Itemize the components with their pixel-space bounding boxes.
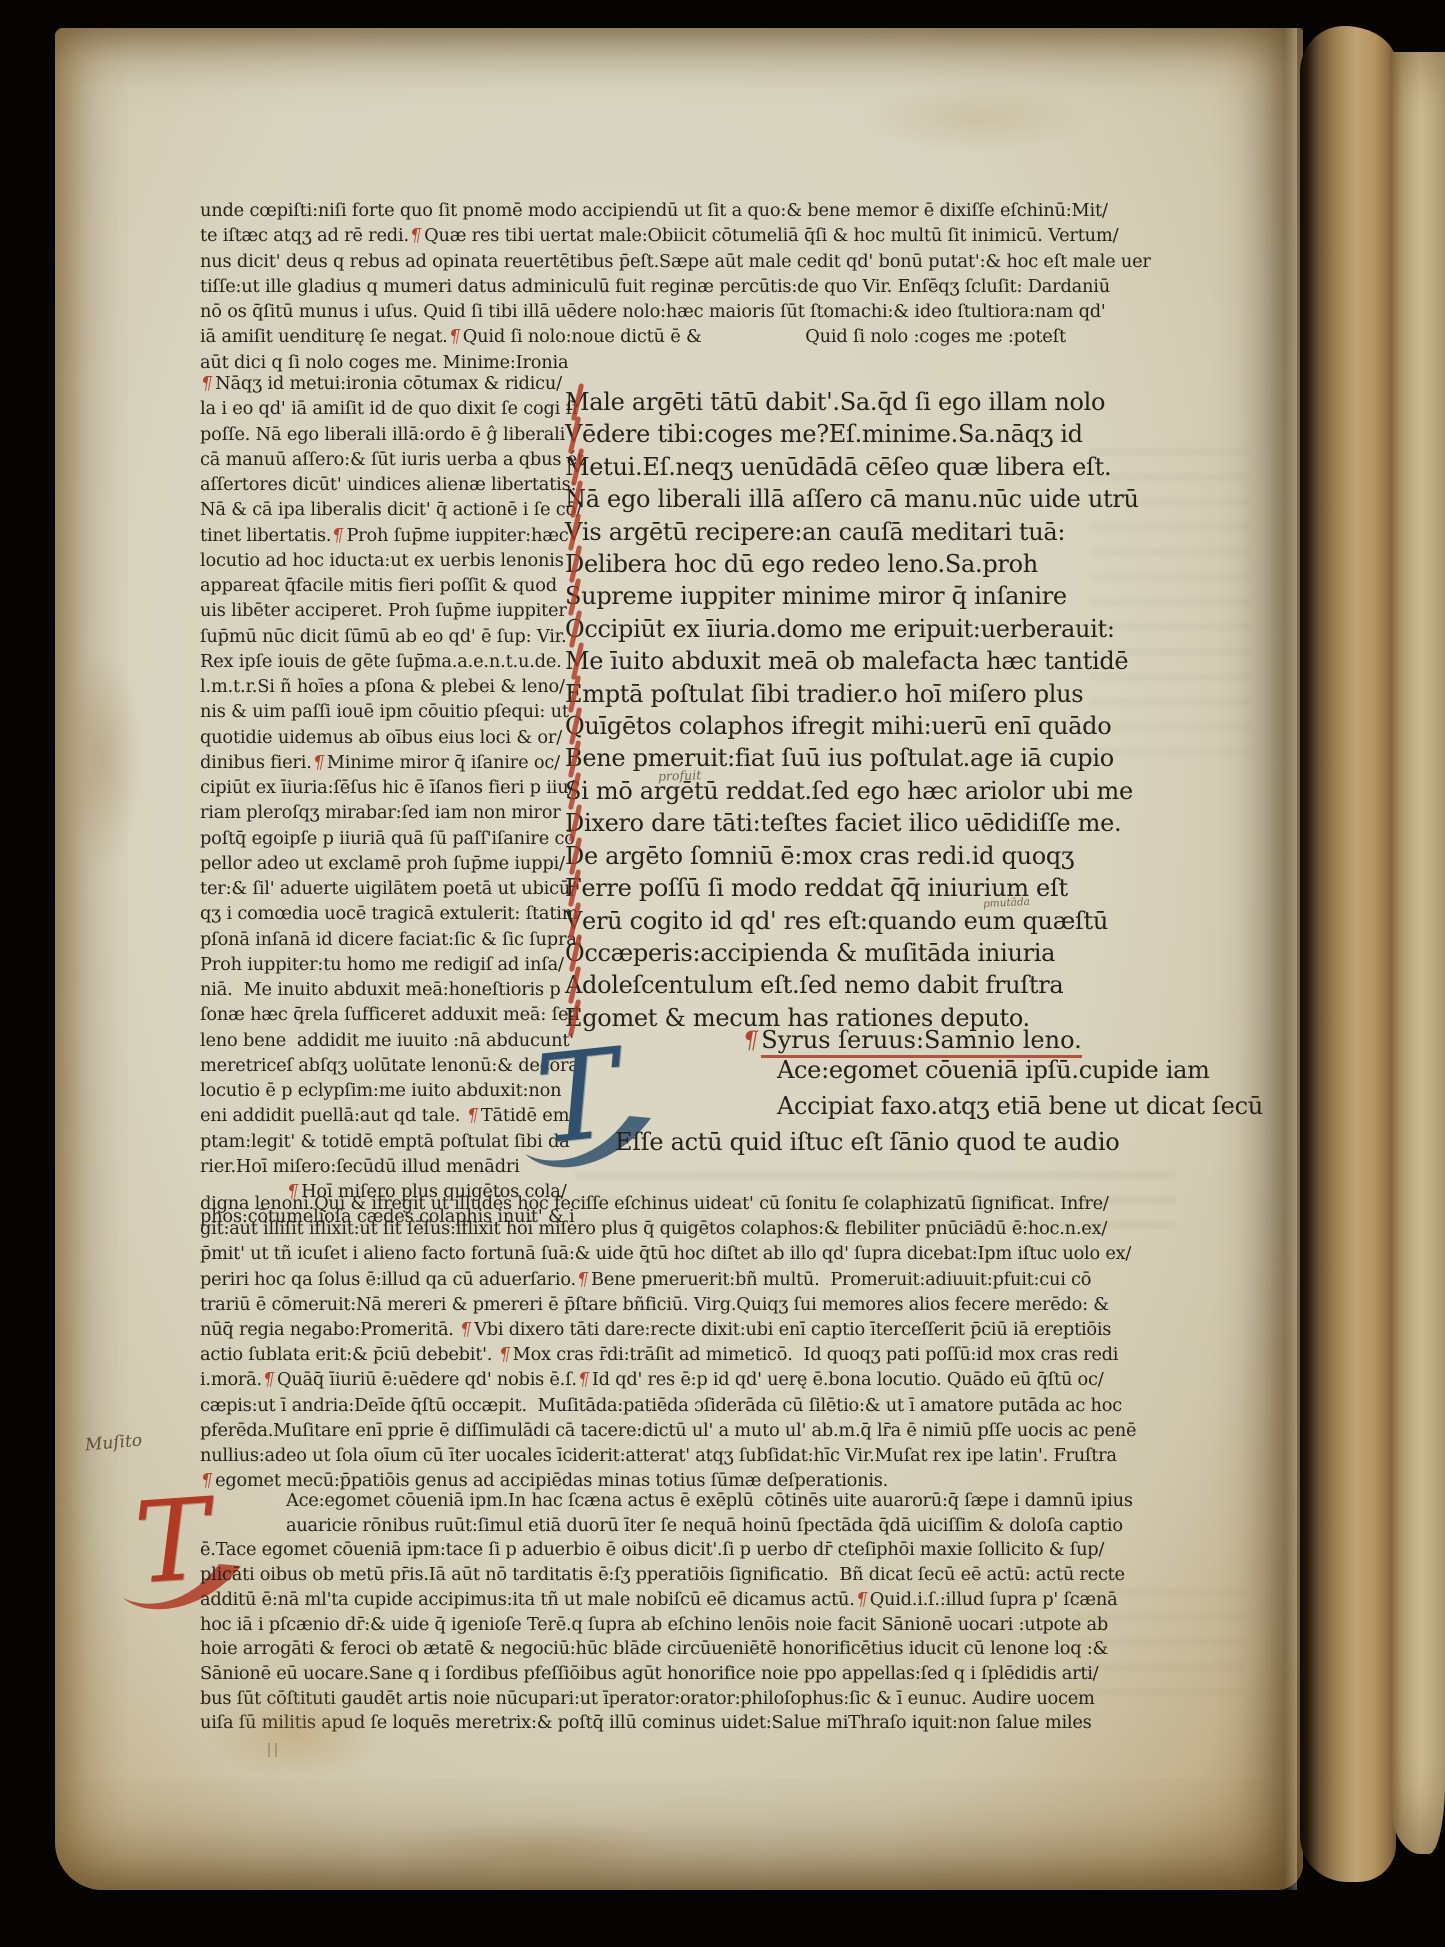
text-line: Eſſe actū quid iſtuc eſt ſānio quod te a…	[565, 1124, 1263, 1160]
rubricated-versal: D	[565, 548, 584, 580]
capitulum-mark-icon: ¶	[576, 1367, 592, 1392]
rubricated-versal: N	[565, 483, 586, 515]
text-line: Ferre poſſū ſi modo reddat q̄q̄ iniurium…	[565, 872, 1139, 904]
text-line: De argēto ſomniū ē:mox cras redi.id quoq…	[565, 840, 1139, 872]
text-line: hoc iā i pſcænio dr̄:& uide q̄ igenioſe …	[200, 1613, 1133, 1638]
text-line: ter:& ſil' aduerte uigilātem poetā ut ub…	[200, 876, 584, 901]
bleedthrough-smudge	[1090, 448, 1250, 768]
rubricated-versal: M	[565, 386, 589, 418]
capitulum-mark-icon: ¶	[458, 1317, 474, 1342]
handwritten-margin-note: Muſito	[84, 1431, 143, 1456]
text-line: cā manuū aſſero:& ſūt iuris uerba a qbus…	[200, 447, 584, 472]
rubricated-versal: S	[565, 775, 581, 807]
text-line: nullius:adeo ut ſola oīum cū īter uocale…	[200, 1443, 1136, 1468]
text-line: Metui.Eſ.neqʒ uenūdādā cēſeo quæ libera …	[565, 451, 1139, 483]
text-line: Proh iuppiter:tu homo me redigiſ ad inſa…	[200, 952, 584, 977]
text-line: Vēdere tibi:coges me?Eſ.minime.Sa.nāqʒ i…	[565, 418, 1139, 450]
text-line: ſup̄mū nūc dicit ſūmū ab eo qd' ē ſup: V…	[200, 624, 584, 649]
text-line: nus dicit' deus q rebus ad opinata reuer…	[200, 249, 1151, 274]
capitulum-mark-icon: ¶	[853, 1588, 868, 1613]
text-line: Nā ego liberali illā aſſero cā manu.nūc …	[565, 483, 1139, 515]
paper-stain	[205, 1683, 385, 1783]
rubricated-versal: V	[565, 905, 582, 937]
verse-text-column: Male argēti tātū dabit'.Sa.q̄d ſi ego il…	[565, 386, 1139, 1034]
text-line: actio ſublata erit:& p̄ciū debebit'. ¶Mo…	[200, 1342, 1136, 1367]
text-line: Dixero dare tāti:teſtes faciet ilico uēd…	[565, 807, 1139, 839]
rubricated-versal: Q	[565, 710, 584, 742]
commentary-left-column: ¶Nāqʒ id metui:ironia cōtumax & ridicu/l…	[200, 371, 584, 1230]
facing-page-edge	[1390, 52, 1445, 1854]
text-line: unde cœpiſti:niſi forte quo ſit pnomē mo…	[200, 198, 1151, 223]
text-line: additū ē:nā ml'ta cupide accipimus:ita t…	[200, 1588, 1133, 1613]
capitulum-mark-icon: ¶	[310, 750, 326, 775]
text-line: poſſe. Nā ego liberali illā:ordo ē ĝ lib…	[200, 422, 584, 447]
text-line: i.morā.¶Quāq̄ īiuriū ē:uēdere qd' nobis …	[200, 1367, 1136, 1392]
text-line: nūq̄ regia negabo:Promeritā. ¶Vbi dixero…	[200, 1317, 1136, 1342]
rubricated-versal: M	[565, 451, 589, 483]
text-line: pferēda.Muſitare enī pprie ē diſſimulādi…	[200, 1418, 1136, 1443]
text-line: trariū ē cōmeruit:Nā mereri & pmereri ē …	[200, 1292, 1136, 1317]
text-line: qʒ i comœdia uocē tragicā extulerit: ſta…	[200, 901, 584, 926]
text-line: iā amiſit uenditurę ſe negat.¶Quid ſi no…	[200, 324, 1151, 349]
text-line: tiſſe:ut ille gladius q mumeri datus adm…	[200, 274, 1151, 299]
text-line: nis & uim paſſi iouē ipm cōuitio pſequi:…	[200, 699, 584, 724]
faint-ink-marks	[268, 1743, 288, 1757]
text-line: plicāti oibus ob metū pr̄is.Iā aūt nō ta…	[200, 1563, 1133, 1588]
rubricated-versal: O	[565, 937, 584, 969]
tace-verses: Ace:egomet cōueniā ipſū.cupide iamAccipi…	[565, 1052, 1263, 1160]
text-line: Emptā poſtulat ſibi tradier.o hoī miſero…	[565, 678, 1139, 710]
text-line: l.m.t.r.Si ñ hoīes a pſona & plebei & le…	[200, 674, 584, 699]
text-line: locutio ē p eclypſim:me iuito abduxit:no…	[200, 1078, 584, 1103]
text-line: Nā & cā ipa liberalis dicit' q̄ actionē …	[200, 497, 584, 522]
text-line: Ace:egomet cōueniā ipm.In hac ſcæna actu…	[200, 1489, 1133, 1514]
text-line: dinibus fieri.¶Minime miror q̄ iſanire o…	[200, 750, 584, 775]
bleedthrough-smudge	[575, 1171, 1175, 1229]
text-line: Male argēti tātū dabit'.Sa.q̄d ſi ego il…	[565, 386, 1139, 418]
text-line: Supreme iuppiter minime miror q̄ inſanir…	[565, 580, 1139, 612]
text-line: tinet libertatis.¶Proh ſup̄me iuppiter:h…	[200, 523, 584, 548]
paper-stain	[385, 1818, 685, 1888]
rubricated-initial-red-T: T	[135, 1486, 210, 1598]
rubricated-versal: O	[565, 613, 584, 645]
rubricated-versal: D	[565, 807, 584, 839]
top-commentary-block: unde cœpiſti:niſi forte quo ſit pnomē mo…	[200, 198, 1151, 375]
text-line: Si mō argētū reddat.ſed ego hæc ariolor …	[565, 775, 1139, 807]
text-line: periri hoc qa ſolus ē:illud qa cū aduerſ…	[200, 1267, 1136, 1292]
text-line: Rex ipſe iouis de gēte ſup̄ma.a.e.n.t.u.…	[200, 649, 584, 674]
text-line: cipiūt ex īiuria:ſēſus hic ē īſanos fier…	[200, 775, 584, 800]
next-page-curled-edge	[1300, 26, 1396, 1882]
text-line: Quīgētos colaphos ifregit mihi:uerū enī …	[565, 710, 1139, 742]
rubricated-versal: S	[565, 580, 581, 612]
paper-stain	[63, 648, 143, 868]
capitulum-mark-icon: ¶	[575, 1267, 591, 1292]
text-line: hoie arrogāti & feroci ob ætatē & negoci…	[200, 1637, 1133, 1662]
rubricated-versal: E	[565, 678, 582, 710]
handwritten-gloss-musitanda: pmutāda	[983, 896, 1030, 910]
text-line: poſtq̄ egoipſe p iiuriā quā ſū paſſ'iſan…	[200, 826, 584, 851]
text-line: aſſertores dicūt' uindices alienæ libert…	[200, 472, 584, 497]
paper-stain	[855, 83, 1095, 153]
text-line: Sānionē eū uocare.Sane q i ſordibus pfeſ…	[200, 1662, 1133, 1687]
text-line: cæpis:ut ī andria:Deīde q̄ſtū occæpit. M…	[200, 1393, 1136, 1418]
text-line: ¶Nāqʒ id metui:ironia cōtumax & ridicu/	[200, 371, 584, 396]
text-line: niā. Me inuito abduxit meā:honeſtioris p	[200, 977, 584, 1002]
handwritten-gloss-promeruit: profuit	[658, 767, 702, 783]
rubricated-versal: D	[565, 840, 584, 872]
capitulum-mark-icon: ¶	[199, 371, 215, 396]
text-line: pſonā inſanā id dicere faciat:ſic & ſic …	[200, 927, 584, 952]
capitulum-mark-icon: ¶	[261, 1367, 277, 1392]
capitulum-mark-icon: ¶	[446, 324, 462, 349]
rubricated-versal: B	[565, 742, 582, 774]
text-line: locutio ad hoc iducta:ut ex uerbis lenon…	[200, 548, 584, 573]
rubricated-versal: A	[565, 969, 582, 1001]
text-line: ē.Tace egomet cōueniā ipm:tace ſi p adue…	[200, 1538, 1133, 1563]
text-line: nō os q̄ſitū munus i uſus. Quid ſi tibi …	[200, 299, 1151, 324]
text-line: p̄mit' ut tñ icuſet i alieno facto fortu…	[200, 1241, 1136, 1266]
text-line: riam pleroſqʒ mirabar:ſed iam non miror	[200, 800, 584, 825]
rubricated-versal: M	[565, 645, 589, 677]
text-line: la i eo qd' iā amiſit id de quo dixit ſe…	[200, 396, 584, 421]
book-page: unde cœpiſti:niſi forte quo ſit pnomē mo…	[55, 28, 1303, 1890]
capitulum-mark-icon: ¶	[496, 1342, 512, 1367]
text-line: meretriceſ abſqʒ uolūtate lenonū:& decor…	[200, 1053, 584, 1078]
capitulum-mark-icon: ¶	[741, 1026, 761, 1054]
text-line: Ace:egomet cōueniā ipſū.cupide iam	[565, 1052, 1263, 1088]
text-line: Adoleſcentulum eſt.ſed nemo dabit fruſtr…	[565, 969, 1139, 1001]
text-line: Delibera hoc dū ego redeo leno.Sa.proh	[565, 548, 1139, 580]
text-line: auaricie rōnibus ruūt:ſimul etiā duorū ī…	[200, 1514, 1133, 1539]
text-line: uis libēter acciperet. Proh ſup̄me iuppi…	[200, 598, 584, 623]
text-line: Me īuito abduxit meā ob malefacta hæc ta…	[565, 645, 1139, 677]
capitulum-mark-icon: ¶	[464, 1103, 480, 1128]
rubricated-versal: F	[565, 872, 581, 904]
text-line: Vis argētū recipere:an cauſā meditari tu…	[565, 516, 1139, 548]
lower-commentary-block: digna lenoni.Qui & ifregit ut illudēs ho…	[200, 1191, 1136, 1493]
rubricated-versal: V	[565, 516, 582, 548]
text-line: quotidie uidemus ab oībus eius loci & or…	[200, 725, 584, 750]
text-line: ſonæ hæc q̄rela ſufficeret adduxit meā: …	[200, 1002, 584, 1027]
scene-heading: ¶Syrus ſeruus:Samnio leno.	[742, 1026, 1082, 1054]
text-line: Verū cogito id qd' res eſt:quando eum qu…	[565, 905, 1139, 937]
bleedthrough-smudge	[1075, 1588, 1245, 1708]
text-line: Accipiat faxo.atqʒ etiā bene ut dicat ſe…	[565, 1088, 1263, 1124]
rubricated-versal: V	[565, 418, 582, 450]
text-line: leno bene addidit me iuuito :nā abducunt…	[200, 1028, 584, 1053]
text-line: Occæperis:accipienda & muſitāda iniuria	[565, 937, 1139, 969]
text-line: appareat q̄facile mitis fieri poſſit & q…	[200, 573, 584, 598]
text-line: Occipiūt ex īiuria.domo me eripuit:uerbe…	[565, 613, 1139, 645]
capitulum-mark-icon: ¶	[330, 523, 346, 548]
text-line: Bene pmeruit:fiat ſuū ius poſtulat.age i…	[565, 742, 1139, 774]
capitulum-mark-icon: ¶	[408, 223, 424, 248]
text-line: te iſtæc atqʒ ad rē redi.¶Quæ res tibi u…	[200, 223, 1151, 248]
text-line: pellor adeo ut exclamē proh ſup̄me iuppi…	[200, 851, 584, 876]
